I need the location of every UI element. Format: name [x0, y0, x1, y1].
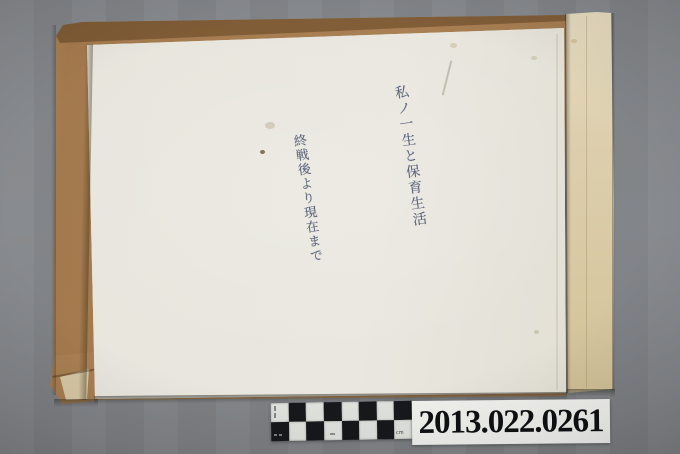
scale-checker-cell: [359, 401, 377, 420]
scale-checker-cell: [394, 401, 412, 420]
folder-bottom-shadow: [54, 399, 98, 407]
scale-checker-cell: [341, 402, 359, 421]
scale-checker-cell: [377, 420, 395, 439]
scale-checker-cell: [288, 403, 306, 422]
scale-checker-cell: [306, 421, 324, 440]
scale-checker-cell: [271, 422, 289, 441]
catalog-number-label: 2013.022.0261: [412, 399, 610, 445]
under-sheet-right-edge: [612, 13, 615, 390]
paper-right-crease: [556, 34, 558, 390]
scale-checker-cell: [359, 420, 377, 439]
paper-stain: [534, 330, 539, 334]
scale-checker-cell: [342, 421, 360, 440]
scale-tick-mark: [274, 406, 276, 411]
under-sheet-crease: [586, 16, 587, 388]
scale-tick-mark: [330, 433, 335, 435]
scale-unit-label: cm: [396, 431, 404, 436]
paper-stain: [450, 43, 457, 48]
scale-checker-cell: [324, 421, 342, 440]
scale-tick-mark: [274, 434, 277, 436]
catalog-number-text: 2013.022.0261: [418, 403, 603, 442]
paper-stain: [265, 122, 275, 129]
scale-bar: [271, 401, 413, 441]
under-sheet-bottom-shadow: [567, 389, 615, 397]
scale-checker-cell: [324, 402, 342, 421]
scale-tick-mark: [279, 434, 282, 436]
paper-stain: [531, 56, 537, 60]
folder-left-shadow: [51, 25, 56, 395]
scale-checker-cell: [376, 401, 394, 420]
paper-stain: [260, 150, 265, 154]
under-sheet-stain: [571, 39, 577, 43]
under-sheet-left-shadow: [565, 14, 571, 393]
scale-checker-cell: [306, 402, 324, 421]
photograph: 私ノ一生と保育生活 終戦後より現在まで cm 2013.022.0261: [0, 0, 680, 454]
scale-checker-cell: [289, 422, 307, 441]
scale-tick-mark: [274, 413, 276, 418]
